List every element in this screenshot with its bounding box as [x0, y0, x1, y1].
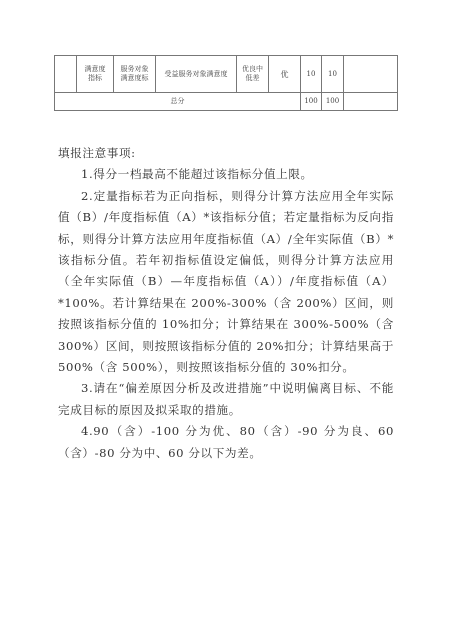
grade-options-text: 优良中低差	[242, 65, 263, 82]
cell-category: 满意度指标	[77, 56, 114, 93]
cell-score: 10	[322, 56, 344, 93]
notes-heading: 填报注意事项:	[58, 143, 394, 164]
subcategory-text: 服务对象满意度标	[121, 65, 149, 82]
performance-table: 满意度指标 服务对象满意度标 受益服务对象满意度 优良中低差 优 10 10 总…	[54, 55, 398, 111]
cell-blank	[55, 56, 77, 93]
notes-section: 填报注意事项: 1.得分一档最高不能超过该指标分值上限。 2.定量指标若为正向指…	[58, 143, 394, 464]
cell-weight: 10	[301, 56, 322, 93]
cell-subcategory: 服务对象满意度标	[114, 56, 156, 93]
cell-total-weight: 100	[301, 93, 322, 111]
note-item-3: 3.请在“偏差原因分析及改进措施”中说明偏离目标、不能完成目标的原因及拟采取的措…	[58, 378, 394, 421]
category-text: 满意度指标	[85, 65, 106, 82]
note-item-2: 2.定量指标若为正向指标，则得分计算方法应用全年实际值（B）/年度指标值（A）*…	[58, 186, 394, 379]
note-item-4: 4.90（含）-100 分为优、80（含）-90 分为良、60（含）-80 分为…	[58, 421, 394, 464]
cell-indicator: 受益服务对象满意度	[156, 56, 237, 93]
cell-remark	[344, 56, 398, 93]
cell-grade: 优	[269, 56, 301, 93]
table-row-satisfaction: 满意度指标 服务对象满意度标 受益服务对象满意度 优良中低差 优 10 10	[55, 56, 398, 93]
cell-grade-options: 优良中低差	[237, 56, 269, 93]
cell-total-remark	[344, 93, 398, 111]
cell-total-label: 总分	[55, 93, 301, 111]
cell-total-score: 100	[322, 93, 344, 111]
table-row-total: 总分 100 100	[55, 93, 398, 111]
note-item-1: 1.得分一档最高不能超过该指标分值上限。	[58, 164, 394, 185]
